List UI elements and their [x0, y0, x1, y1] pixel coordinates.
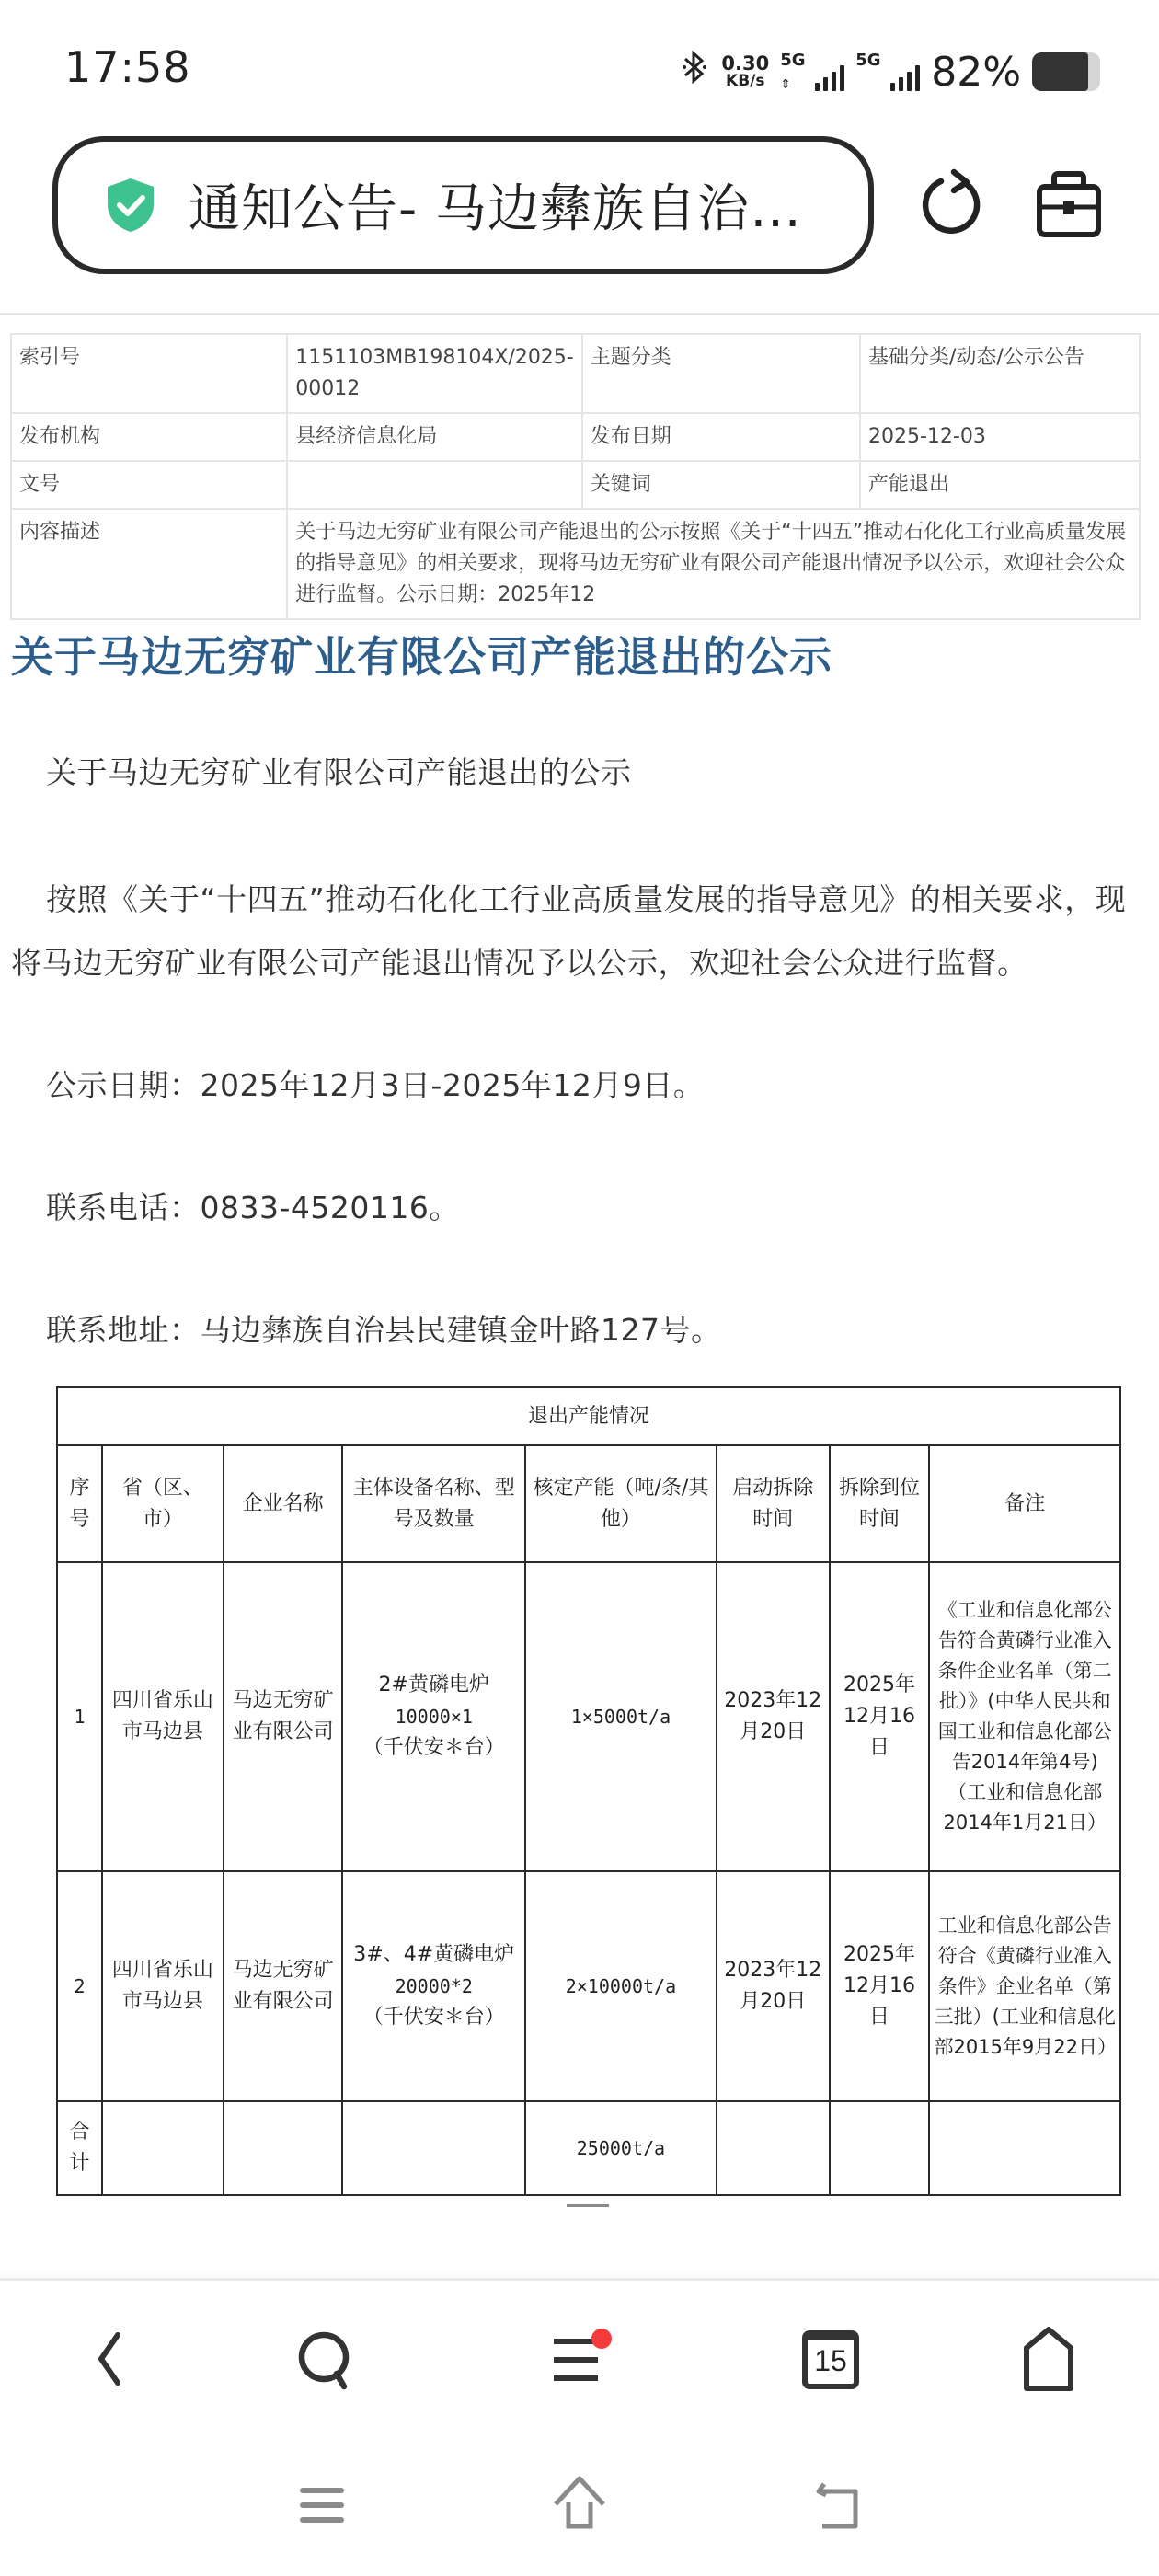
table-row: 2 四川省乐山市马边县 马边无穷矿业有限公司 3#、4#黄磷电炉 20000*2…: [57, 1871, 1120, 2101]
meta-value-keywords: 产能退出: [860, 461, 1140, 509]
cell-equipment: 3#、4#黄磷电炉 20000*2 （千伏安＊台）: [342, 1871, 525, 2101]
meta-value-publish-date: 2025-12-03: [860, 413, 1140, 461]
system-back-icon[interactable]: [809, 2475, 868, 2534]
cell-empty: [342, 2101, 525, 2195]
meta-label-doc-number: 文号: [11, 461, 287, 509]
cell-end-time: 2025年12月16日: [830, 1562, 930, 1871]
table-row: 1 四川省乐山市马边县 马边无穷矿业有限公司 2#黄磷电炉 10000×1 （千…: [57, 1562, 1120, 1871]
header-end-time: 拆除到位时间: [830, 1445, 930, 1562]
bottom-nav-divider: [0, 2278, 1159, 2281]
meta-label-index: 索引号: [11, 334, 287, 413]
cell-empty: [224, 2101, 343, 2195]
cell-total-label: 合计: [57, 2101, 102, 2195]
back-icon[interactable]: [77, 2326, 143, 2392]
table-caption-row: 退出产能情况: [57, 1387, 1120, 1445]
header-company: 企业名称: [224, 1445, 343, 1562]
cell-company: 马边无穷矿业有限公司: [224, 1562, 343, 1871]
toolbox-icon[interactable]: [1034, 168, 1104, 242]
content-separator: [567, 2204, 609, 2207]
cell-capacity: 1×5000t/a: [525, 1562, 717, 1871]
article-title: 关于马边无穷矿业有限公司产能退出的公示: [11, 624, 832, 684]
status-indicators: 0.30 KB/s 5G ⇕ 5G 82%: [679, 44, 1100, 99]
system-home-icon[interactable]: [550, 2475, 609, 2534]
secure-shield-icon: [104, 177, 157, 234]
meta-label-keywords: 关键词: [582, 461, 860, 509]
cell-equipment: 2#黄磷电炉 10000×1 （千伏安＊台）: [342, 1562, 525, 1871]
cell-start-time: 2023年12月20日: [717, 1871, 830, 2101]
cell-province: 四川省乐山市马边县: [102, 1871, 224, 2101]
header-equipment: 主体设备名称、型号及数量: [342, 1445, 525, 1562]
meta-value-publisher: 县经济信息化局: [287, 413, 581, 461]
table-header-row: 序号 省（区、市） 企业名称 主体设备名称、型号及数量 核定产能（吨/条/其他）…: [57, 1445, 1120, 1562]
cell-empty: [102, 2101, 224, 2195]
reload-icon[interactable]: [917, 168, 987, 242]
article-paragraph-line: 按照《关于“十四五”推动石化化工行业高质量发展的指导意见》的相关要求，现: [46, 876, 1126, 919]
page-title: 通知公告- 马边彝族自治…: [189, 168, 802, 242]
cell-end-time: 2025年12月16日: [830, 1871, 930, 2101]
header-province: 省（区、市）: [102, 1445, 224, 1562]
data-arrows-icon: ⇕: [780, 78, 791, 91]
meta-label-publisher: 发布机构: [11, 413, 287, 461]
meta-value-doc-number: [287, 461, 581, 509]
signal-sim1-icon: 5G ⇕: [780, 51, 844, 93]
cell-start-time: 2023年12月20日: [717, 1562, 830, 1871]
cell-total-capacity: 25000t/a: [525, 2101, 717, 2195]
cell-empty: [929, 2101, 1120, 2195]
header-no: 序号: [57, 1445, 102, 1562]
battery-icon: [1032, 52, 1100, 91]
meta-value-topic: 基础分类/动态/公示公告: [860, 334, 1140, 413]
header-note: 备注: [929, 1445, 1120, 1562]
cell-capacity: 2×10000t/a: [525, 1871, 717, 2101]
contact-phone: 联系电话：0833-4520116。: [46, 1184, 460, 1227]
article-subtitle: 关于马边无穷矿业有限公司产能退出的公示: [46, 749, 632, 792]
header-divider: [0, 313, 1159, 315]
network-speed: 0.30 KB/s: [721, 54, 769, 89]
status-time: 17:58: [64, 42, 191, 92]
home-icon[interactable]: [1016, 2326, 1082, 2392]
table-total-row: 合计 25000t/a: [57, 2101, 1120, 2195]
signal-sim2-icon: 5G: [855, 51, 920, 93]
meta-label-description: 内容描述: [11, 509, 287, 619]
meta-value-description: 关于马边无穷矿业有限公司产能退出的公示按照《关于“十四五”推动石化化工行业高质量…: [287, 509, 1140, 619]
battery-percent: 82%: [931, 49, 1021, 96]
cell-no: 1: [57, 1562, 102, 1871]
tabs-button[interactable]: 15: [800, 2326, 861, 2392]
notification-badge: [591, 2329, 612, 2349]
bluetooth-icon: [679, 49, 710, 95]
meta-label-topic: 主题分类: [582, 334, 860, 413]
header-capacity: 核定产能（吨/条/其他）: [525, 1445, 717, 1562]
cell-company: 马边无穷矿业有限公司: [224, 1871, 343, 2101]
cell-no: 2: [57, 1871, 102, 2101]
cell-empty: [830, 2101, 930, 2195]
cell-empty: [717, 2101, 830, 2195]
article-paragraph-line: 将马边无穷矿业有限公司产能退出情况予以公示，欢迎社会公众进行监督。: [11, 939, 1028, 983]
cell-note: 《工业和信息化部公告符合黄磷行业准入条件企业名单（第二批）》(中华人民共和国工业…: [929, 1562, 1120, 1871]
meta-row: 文号 关键词 产能退出: [11, 461, 1140, 509]
header-start-time: 启动拆除时间: [717, 1445, 830, 1562]
recent-apps-icon[interactable]: [293, 2475, 351, 2534]
contact-address: 联系地址：马边彝族自治县民建镇金叶路127号。: [46, 1306, 722, 1350]
search-icon[interactable]: [293, 2326, 359, 2392]
meta-row: 索引号 1151103MB198104X/2025-00012 主题分类 基础分…: [11, 334, 1140, 413]
cell-province: 四川省乐山市马边县: [102, 1562, 224, 1871]
meta-row: 发布机构 县经济信息化局 发布日期 2025-12-03: [11, 413, 1140, 461]
table-caption: 退出产能情况: [57, 1387, 1120, 1445]
capacity-exit-table: 退出产能情况 序号 省（区、市） 企业名称 主体设备名称、型号及数量 核定产能（…: [56, 1386, 1121, 2196]
menu-icon[interactable]: [546, 2326, 613, 2392]
document-metadata-table: 索引号 1151103MB198104X/2025-00012 主题分类 基础分…: [10, 333, 1141, 620]
meta-row: 内容描述 关于马边无穷矿业有限公司产能退出的公示按照《关于“十四五”推动石化化工…: [11, 509, 1140, 619]
address-bar[interactable]: 通知公告- 马边彝族自治…: [52, 136, 874, 274]
cell-note: 工业和信息化部公告符合《黄磷行业准入条件》企业名单（第三批）(工业和信息化部20…: [929, 1871, 1120, 2101]
announcement-dates: 公示日期：2025年12月3日-2025年12月9日。: [46, 1062, 704, 1105]
tab-count: 15: [800, 2344, 861, 2378]
meta-value-index: 1151103MB198104X/2025-00012: [287, 334, 581, 413]
meta-label-publish-date: 发布日期: [582, 413, 860, 461]
